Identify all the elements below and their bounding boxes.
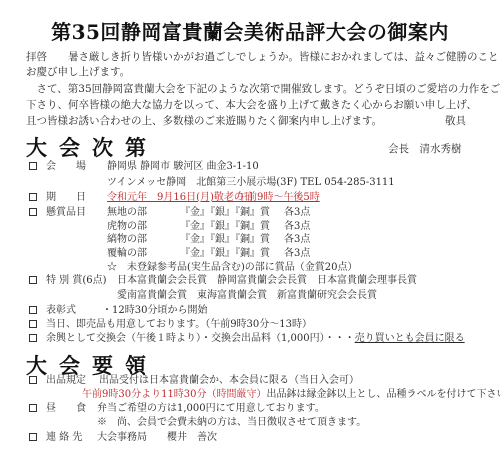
greeting-line-3: さて、第35回静岡富貴蘭大会を下記のような次第で開催致します。どうぞ日頃のご愛培… (26, 83, 500, 96)
venue-building: ツインメッセ静岡 北館第三小展示場(3F) TEL 054-285-3111 (107, 176, 395, 189)
checkbox-icon (29, 162, 37, 170)
document-title: 第35回静岡富貴蘭会美術品評大会の御案内 (0, 16, 500, 45)
time-text: 午前9時〜午後5時 (237, 191, 320, 204)
greeting-line-2: お慶び申し上げます。 (26, 66, 130, 79)
prizes-label: 懸賞品目 (46, 206, 86, 219)
entry-line-2: 午前9時30分より11時30分（時間厳守）出品鉢は縁金鉢以上とし、品種ラベルを付… (82, 388, 500, 401)
contact-row: 連 絡 先 大会事務局 櫻井 善次 (29, 431, 37, 444)
ceremony-label: 表彰式 (46, 304, 76, 317)
checkbox-icon (29, 306, 37, 314)
special-line-1: 日本富貴蘭会会長賞 静岡富貴蘭会会長賞 日本富貴蘭会理事長賞 (117, 274, 417, 287)
checkbox-icon (29, 193, 37, 201)
exchange-row: 余興として交換会（午後１時より）・交換会出品料（1,000円）・・・売り買いとも… (29, 332, 37, 345)
sales-text: 当日、即売品も用意しております。（午前9時30分〜13時） (46, 318, 312, 331)
checkbox-icon (29, 276, 37, 284)
greeting-line-4: 下さり、何卒皆様の絶大な協力を以って、本大会を盛り上げて戴きたく心からお願い申し… (26, 99, 477, 112)
special-label: 特 別 賞(6点) (46, 274, 107, 287)
lunch-row: 昼 食 弁当ご希望の方は1,000円にて用意しております。 (29, 402, 37, 415)
special-line-2: 愛南富貴蘭会賞 東海富貴蘭会賞 新富貴蘭研究会会長賞 (117, 289, 377, 302)
checkbox-icon (29, 208, 37, 216)
greeting-line-1: 拝啓 暑さ厳しき折り皆様いかがお過ごしでしょうか。皆様におかれましては、益々ご健… (26, 51, 500, 64)
checkbox-icon (29, 433, 37, 441)
schedule-heading: 大会次第 (26, 132, 158, 162)
entry-row: 出品規定 出品受付は日本富貴蘭会か、本会員に限る（当日入会可） (29, 374, 37, 387)
sales-row: 当日、即売品も用意しております。（午前9時30分〜13時） (29, 318, 37, 331)
date-label: 期 日 (46, 191, 86, 204)
ceremony-value: ・12時30分頃から開始 (102, 304, 207, 317)
contact-value: 大会事務局 櫻井 善次 (97, 431, 217, 444)
checkbox-icon (29, 376, 37, 384)
exchange-members-only: 売り買いとも会員に限る (355, 333, 465, 344)
president-name: 会長 清水秀樹 (388, 143, 462, 156)
entry-label: 出品規定 (46, 374, 86, 387)
ceremony-row: 表彰式 ・12時30分頃から開始 (29, 304, 37, 317)
exchange-text: 余興として交換会（午後１時より）・交換会出品料（1,000円）・・・ (46, 333, 355, 344)
prizes-row: 懸賞品目 (29, 206, 37, 219)
checkbox-icon (29, 320, 37, 328)
prizes-note: ☆ 未登録参考品(実生品含む)の部に賞品（金賞20点） (107, 261, 358, 274)
venue-label: 会 場 (46, 160, 86, 173)
checkbox-icon (29, 404, 37, 412)
greeting-line-5: 且つ皆様お誘い合わせの上、多数様のご来遊賜りたく御案内申し上げます。 (26, 115, 382, 128)
contact-label: 連 絡 先 (46, 431, 82, 444)
entry-line-1: 出品受付は日本富貴蘭会か、本会員に限る（当日入会可） (99, 374, 359, 387)
lunch-label: 昼 食 (46, 402, 86, 415)
special-row: 特 別 賞(6点) 日本富貴蘭会会長賞 静岡富貴蘭会会長賞 日本富貴蘭会理事長賞 (29, 274, 37, 287)
entry-rest: 出品鉢は縁金鉢以上とし、品種ラベルを付けて下さい。 (267, 389, 500, 400)
entry-time: 午前9時30分より11時30分（時間厳守） (82, 389, 267, 400)
venue-row: 会 場 静岡県 静岡市 駿河区 曲金3-1-10 (29, 160, 37, 173)
date-text: 令和元年 9月16日(月)敬老の日 (107, 191, 254, 204)
venue-address: 静岡県 静岡市 駿河区 曲金3-1-10 (107, 160, 259, 173)
date-row: 期 日 令和元年 9月16日(月)敬老の日 午前9時〜午後5時 (29, 191, 37, 204)
greeting-closing: 敬具 (445, 115, 466, 128)
lunch-line-2: ※ 尚、会員で会費未納の方は、当日徴収させて頂きます。 (97, 416, 366, 429)
checkbox-icon (29, 334, 37, 342)
lunch-line-1: 弁当ご希望の方は1,000円にて用意しております。 (97, 402, 325, 415)
